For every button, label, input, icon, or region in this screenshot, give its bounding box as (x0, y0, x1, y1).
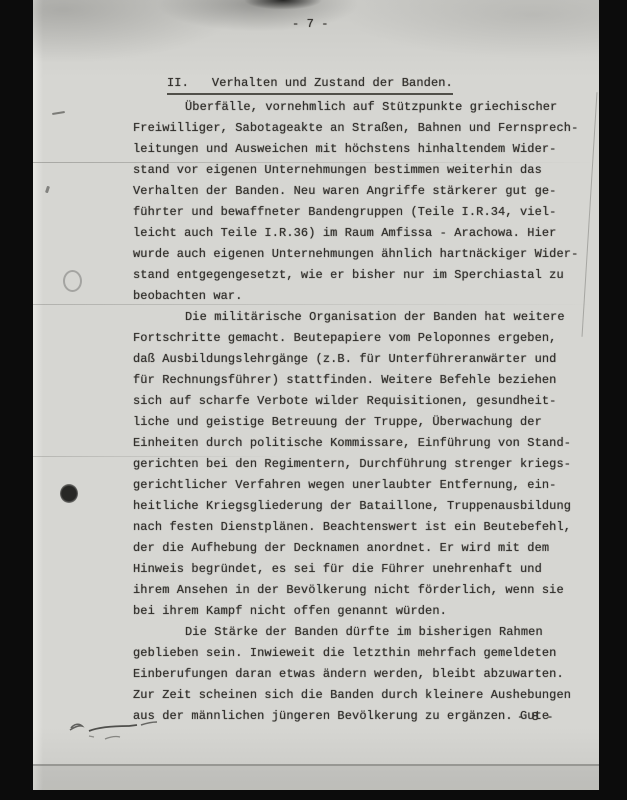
text-line: geblieben sein. Inwieweit die letzthin m… (133, 643, 578, 664)
text-line: stand vor eigenen Unternehmungen bestimm… (133, 160, 578, 181)
text-line: Freiwilliger, Sabotageakte an Straßen, B… (133, 118, 578, 139)
crease-line (582, 92, 598, 337)
section-title: Verhalten und Zustand der Banden. (212, 76, 453, 91)
text-line: sich auf scharfe Verbote wilder Requisit… (133, 391, 578, 412)
paper-bottom-edge-shadow (33, 766, 599, 790)
scan-background: { "document": { "page_number_top": "- 7 … (0, 0, 627, 800)
text-line: nach festen Dienstplänen. Beachtenswert … (133, 517, 578, 538)
punch-hole-filled (60, 484, 78, 503)
text-line: Einheiten durch politische Kommissare, E… (133, 433, 578, 454)
text-line: Einberufungen daran etwas ändern werden,… (133, 664, 578, 685)
text-line: beobachten war. (133, 286, 578, 307)
section-numeral: II. (167, 76, 189, 91)
document-page: - 7 - II. Verhalten und Zustand der Band… (33, 0, 599, 790)
document-body: Überfälle, vornehmlich auf Stützpunkte g… (133, 97, 578, 727)
text-line: heitliche Kriegsgliederung der Bataillon… (133, 496, 578, 517)
text-line: leitungen und Ausweichen mit höchstens h… (133, 139, 578, 160)
text-line: für Rechnungsführer) stattfinden. Weiter… (133, 370, 578, 391)
text-line: Hinweis begründet, es sei für die Führer… (133, 559, 578, 580)
pencil-tick (52, 111, 65, 115)
text-line: aus der männlichen jüngeren Bevölkerung … (133, 706, 578, 727)
text-line: führter und bewaffneter Bandengruppen (T… (133, 202, 578, 223)
text-line: Fortschritte gemacht. Beutepapiere vom P… (133, 328, 578, 349)
text-line: Die militärische Organisation der Banden… (133, 307, 578, 328)
section-heading: II. Verhalten und Zustand der Banden. (167, 76, 453, 95)
text-line: ihrem Ansehen in der Bevölkerung nicht f… (133, 580, 578, 601)
text-line: daß Ausbildungslehrgänge (z.B. für Unter… (133, 349, 578, 370)
text-line: Überfälle, vornehmlich auf Stützpunkte g… (133, 97, 578, 118)
text-line: Die Stärke der Banden dürfte im bisherig… (133, 622, 578, 643)
text-line: Zur Zeit scheinen sich die Banden durch … (133, 685, 578, 706)
pencil-tick (45, 186, 50, 194)
text-line: gerichtlicher Verfahren wegen unerlaubte… (133, 475, 578, 496)
text-line: leicht auch Teile I.R.36) im Raum Amfiss… (133, 223, 578, 244)
text-line: liche und geistige Betreuung der Truppe,… (133, 412, 578, 433)
punch-hole-outline (63, 270, 82, 292)
page-number-bottom: - 8 - (517, 710, 554, 724)
text-line: bei ihrem Kampf nicht offen genannt würd… (133, 601, 578, 622)
text-line: gerichten bei den Regimentern, Durchführ… (133, 454, 578, 475)
text-line: wurde auch eigenen Unternehmungen ähnlic… (133, 244, 578, 265)
pencil-scribble (43, 712, 183, 752)
text-line: stand entgegengesetzt, wie er bisher nur… (133, 265, 578, 286)
text-line: der die Aufhebung der Decknamen anordnet… (133, 538, 578, 559)
page-number-top: - 7 - (292, 17, 329, 31)
text-line: Verhalten der Banden. Neu waren Angriffe… (133, 181, 578, 202)
